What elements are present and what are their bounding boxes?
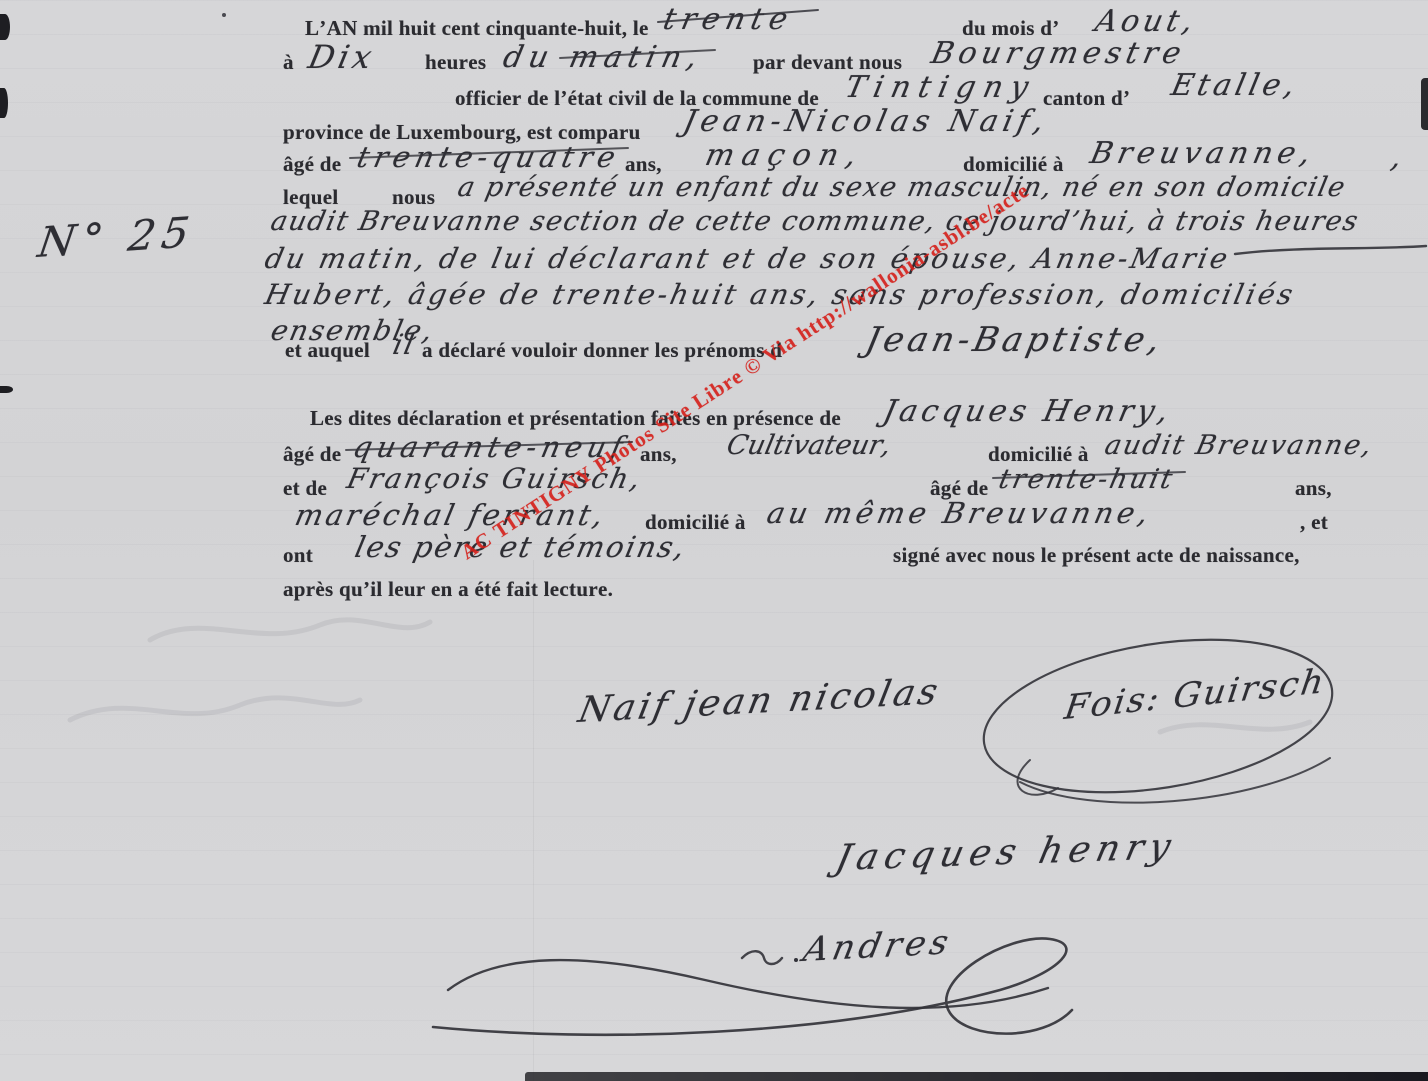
- scan-edge-mark: [0, 88, 8, 118]
- written-day: trente: [660, 2, 797, 37]
- written-morning: du matin,: [500, 40, 706, 75]
- scan-edge-mark: [1421, 78, 1428, 130]
- printed-et: , et: [1300, 510, 1328, 535]
- printed-hours-label: heures: [425, 50, 486, 75]
- written-witness1-occupation: Cultivateur,: [724, 430, 894, 461]
- written-officer-title: Bourgmestre: [928, 36, 1189, 71]
- written-declarant-age: trente-quatre: [354, 140, 623, 174]
- printed-ont: ont: [283, 543, 313, 568]
- written-canton: Etalle,: [1168, 68, 1302, 103]
- margin-act-number: N° 25: [35, 207, 198, 267]
- printed-lecture: après qu’il leur en a été fait lecture.: [283, 577, 613, 602]
- printed-give-names: a déclaré vouloir donner les prénoms d: [422, 338, 782, 363]
- written-child-name: Jean-Baptiste,: [862, 320, 1168, 360]
- written-mother-details: Hubert, âgée de trente-huit ans, sans pr…: [262, 278, 1299, 311]
- scan-edge-mark: [0, 14, 10, 40]
- birth-act-scan: N° 25 L’AN mil huit cent cinquante-huit,…: [0, 0, 1428, 1081]
- printed-signed-act: signé avec nous le présent acte de naiss…: [893, 543, 1300, 568]
- printed-aged-label-2: âgé de: [283, 442, 341, 467]
- officer-tilde-mark: [742, 951, 782, 964]
- written-mother-intro: du matin, de lui déclarant et de son épo…: [262, 242, 1233, 275]
- printed-canton-label: canton d’: [1043, 86, 1130, 111]
- printed-at: à: [283, 50, 294, 75]
- paper-fold-line: [533, 560, 534, 1081]
- written-commune: Tintigny: [842, 70, 1040, 105]
- written-month: Aout,: [1092, 4, 1200, 39]
- printed-witness-intro: Les dites déclaration et présentation fa…: [310, 406, 841, 431]
- written-witness1-domicile: audit Breuvanne,: [1102, 430, 1376, 461]
- written-birth-place-time: audit Breuvanne section de cette commune…: [268, 206, 1362, 237]
- written-witness2-domicile: au même Breuvanne,: [764, 496, 1155, 530]
- written-declarant-occupation: maçon,: [702, 138, 868, 173]
- ink-speck: [222, 13, 226, 17]
- written-declarant-domicile: Breuvanne,: [1087, 136, 1319, 171]
- printed-years-label-3: ans,: [1295, 476, 1332, 501]
- printed-aged-label: âgé de: [283, 152, 341, 177]
- written-child-presented: a présenté un enfant du sexe masculin, n…: [455, 172, 1349, 203]
- written-hour: Dix: [305, 38, 379, 76]
- written-declarant-name: Jean-Nicolas Naif,: [680, 104, 1052, 139]
- written-signers: les père et témoins,: [352, 530, 690, 564]
- written-stray-comma: ,: [1388, 140, 1407, 175]
- signature-witness-henry: Jacques henry: [832, 826, 1180, 879]
- written-witness1-name: Jacques Henry,: [880, 394, 1175, 429]
- signature-father: Naif jean nicolas: [575, 671, 944, 731]
- signature-witness-guirsch: Fois: Guirsch: [1062, 662, 1328, 728]
- written-witness2-age: trente-huit: [996, 464, 1177, 495]
- printed-et-auquel: et auquel: [285, 338, 370, 363]
- scan-edge-mark: [0, 386, 13, 393]
- scan-bottom-band: [525, 1072, 1428, 1081]
- officer-paraph-flourish: [433, 938, 1072, 1034]
- signature-officer: Andres: [800, 922, 956, 970]
